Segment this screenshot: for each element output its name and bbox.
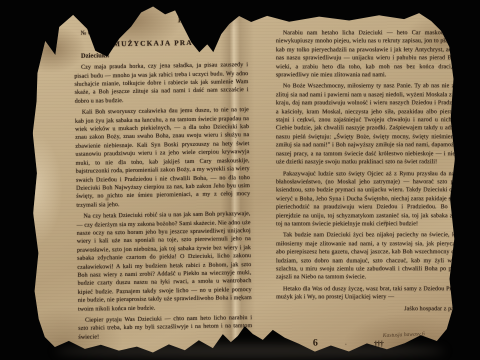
paragraph: Hetako dla Was od duszy życzę, wasz brat… [276, 285, 474, 302]
footer-issue-number: 6 [313, 338, 318, 349]
salutation: Dzieciuki! [74, 50, 248, 61]
paragraph: Ciepier pytaju Was Dzieciuki — chto nam … [78, 314, 252, 342]
paragraph: Kali Boh stworyuszy czaławieka dau jemu … [75, 106, 251, 210]
issue-number: № 6. [74, 27, 248, 38]
paragraph: No Boże Wszechmocny, miłosierny ty nasz … [276, 83, 474, 167]
paragraph: Narabiu nam hetaho licha Dzieciuki — het… [276, 29, 474, 80]
paragraph: Na czy hetak Dzieciuki robić sia u nas j… [76, 210, 252, 314]
document-sheet: 16 № 6. MUŻYCKAJA PRAUDA. Dzieciuki! Czy… [29, 5, 459, 357]
paragraph: Czy maja prauda horka, czy jena saładka,… [74, 61, 249, 106]
page-title: MUŻYCKAJA PRAUDA. [74, 38, 248, 49]
paragraph: Pakazywajuć ludzie szto święty Ojciec aż… [276, 170, 474, 229]
footer-separator-dot: · [345, 340, 347, 348]
page-stamp: 16 [177, 15, 185, 24]
signature-line: Jaśko hospadar z pad Wilni. [276, 305, 474, 314]
page-right: Narabiu nam hetaho licha Dzieciuki — het… [276, 29, 474, 316]
photo-frame: 16 № 6. MUŻYCKAJA PRAUDA. Dzieciuki! Czy… [0, 0, 480, 360]
handwritten-note: Kastusja hawasy 6 [383, 331, 425, 339]
paragraph: Tak budzie nam Dzieciuki życi bez nijako… [276, 232, 474, 283]
page-left: № 6. MUŻYCKAJA PRAUDA. Dzieciuki! Czy ma… [74, 27, 253, 345]
